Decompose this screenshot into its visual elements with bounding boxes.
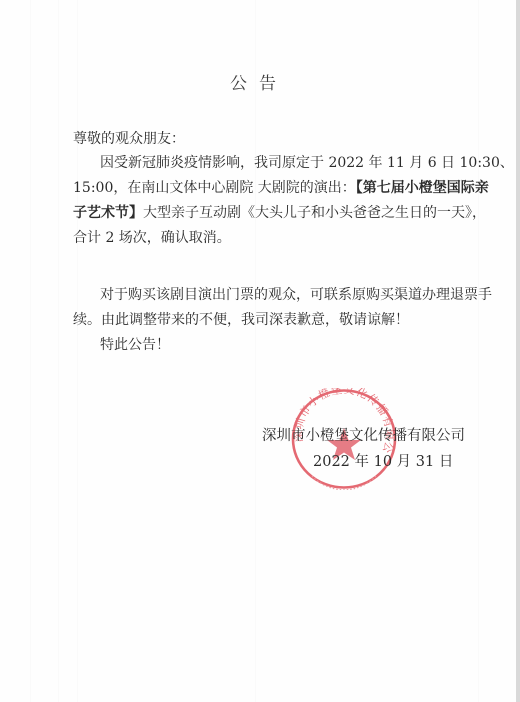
scan-artifact	[30, 0, 31, 702]
document-title: 公告	[0, 69, 506, 94]
paragraph-1-line-1: 因受新冠肺炎疫情影响，我司原定于 2022 年 11 月 6 日 10:30、	[100, 155, 514, 171]
paragraph-1-line-2: 15:00，在南山文体中心剧院 大剧院的演出：【第七届小橙堡国际亲	[73, 180, 489, 196]
document-page: 公告 尊敬的观众朋友： 因受新冠肺炎疫情影响，我司原定于 2022 年 11 月…	[0, 0, 516, 702]
salutation: 尊敬的观众朋友：	[73, 131, 185, 147]
signature-date: 2022 年 10 月 31 日	[313, 454, 453, 470]
paragraph-1-line-3: 子艺术节】大型亲子互动剧《大头儿子和小头爸爸之生日的一天》，	[73, 205, 486, 221]
show-title-text: 大型亲子互动剧《大头儿子和小头爸爸之生日的一天》，	[143, 205, 486, 221]
venue-text: 15:00，在南山文体中心剧院 大剧院的演出：	[73, 180, 356, 196]
scan-artifact	[478, 0, 479, 702]
scan-artifact	[77, 0, 78, 702]
scan-artifact	[255, 0, 256, 702]
festival-name-part-1: 【第七届小橙堡国际亲	[356, 180, 489, 196]
paragraph-2-line-1: 对于购买该剧目演出门票的观众，可联系原购买渠道办理退票手	[100, 287, 492, 303]
closing-text: 特此公告！	[100, 337, 170, 353]
page-edge-divider	[516, 0, 520, 702]
scan-artifact	[58, 0, 59, 702]
paragraph-2-line-2: 续。由此调整带来的不便，我司深表歉意，敬请谅解！	[73, 312, 409, 328]
signature-company: 深圳市小橙堡文化传播有限公司	[262, 428, 465, 444]
festival-name-part-2: 子艺术节】	[73, 205, 143, 221]
paragraph-1-line-4: 合计 2 场次，确认取消。	[73, 230, 231, 246]
